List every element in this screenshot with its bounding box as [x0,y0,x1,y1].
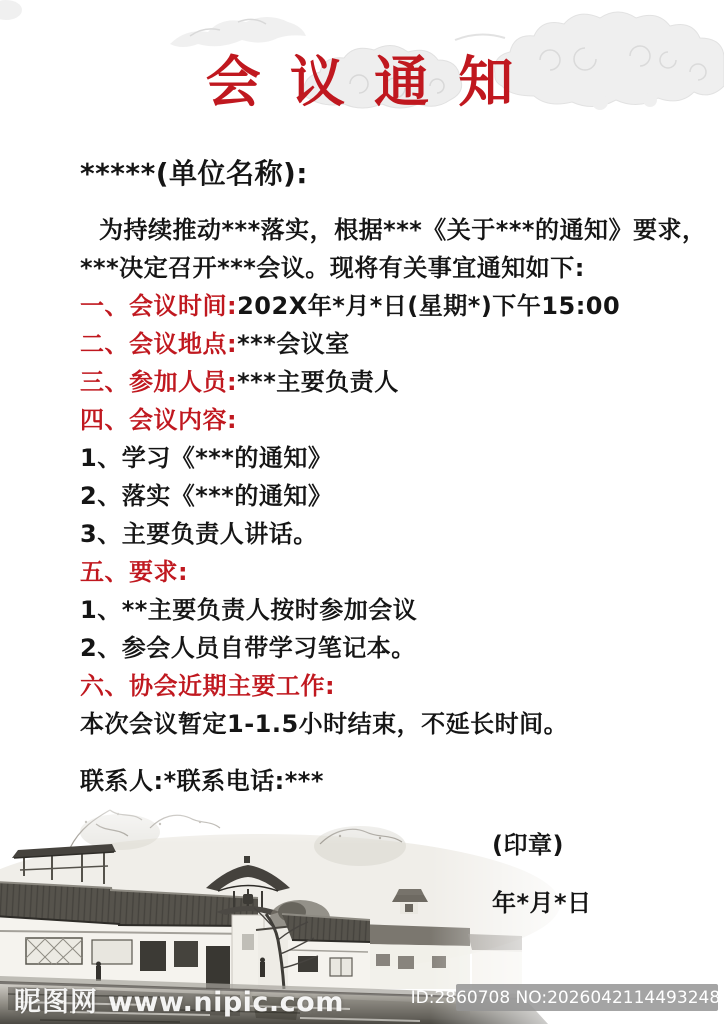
notice-line: 1、**主要负责人按时参加会议 [80,591,720,629]
main-building [0,882,258,989]
notice-line: 一、会议时间:202X年*月*日(星期*)下午15:00 [80,287,720,325]
line-text: 1、**主要负责人按时参加会议 [80,596,417,624]
recipient-line: *****(单位名称): [80,156,720,192]
line-text: ***会议室 [237,330,350,358]
site-watermark: 昵图网www.nipic.com [14,980,344,1019]
cloud-wisp-left [170,17,306,47]
intro-paragraph-line1: 为持续推动***落实，根据***《关于***的通知》要求， [80,211,720,249]
line-label: 五、要求: [80,558,188,586]
line-label: 六、协会近期主要工作: [80,672,335,700]
image-id-badge: ID:2860708 NO:20260421144932484107 [456,984,718,1011]
line-label: 三、参加人员: [80,368,237,396]
notice-line: 2、参会人员自带学习笔记本。 [80,629,720,667]
page-title: 会 议 通 知 [0,52,724,112]
date-line: 年*月*日 [492,884,592,922]
notice-line: 三、参加人员:***主要负责人 [80,363,720,401]
notice-line: 二、会议地点:***会议室 [80,325,720,363]
notice-line: 四、会议内容: [80,401,720,439]
notice-line: 1、学习《***的通知》 [80,439,720,477]
notice-line: 本次会议暂定1-1.5小时结束，不延长时间。 [80,705,720,743]
line-text: 1、学习《***的通知》 [80,444,332,472]
notice-line: 3、主要负责人讲话。 [80,515,720,553]
line-label: 一、会议时间: [80,292,237,320]
meeting-notice-page: { "doc": { "title": "会 议 通 知", "recipien… [0,0,724,1024]
line-text: 2、参会人员自带学习笔记本。 [80,634,416,662]
line-text: 本次会议暂定1-1.5小时结束，不延长时间。 [80,710,568,738]
seal-placeholder: (印章) [492,826,592,864]
contact-line: 联系人:*联系电话:*** [80,762,720,800]
line-text: 2、落实《***的通知》 [80,482,332,510]
notice-body: *****(单位名称): 为持续推动***落实，根据***《关于***的通知》要… [80,156,720,800]
line-text: 3、主要负责人讲话。 [80,520,318,548]
notice-line: 六、协会近期主要工作: [80,667,720,705]
intro-paragraph-line2: ***决定召开***会议。现将有关事宜通知如下: [80,249,720,287]
line-label: 四、会议内容: [80,406,237,434]
site-url-text: www.nipic.com [108,987,344,1018]
signature-block: (印章) 年*月*日 [492,826,592,922]
line-label: 二、会议地点: [80,330,237,358]
site-logo-text: 昵图网 [14,987,98,1018]
notice-line: 五、要求: [80,553,720,591]
notice-line: 2、落实《***的通知》 [80,477,720,515]
line-text: ***主要负责人 [237,368,399,396]
line-text: 202X年*月*日(星期*)下午15:00 [237,292,620,320]
